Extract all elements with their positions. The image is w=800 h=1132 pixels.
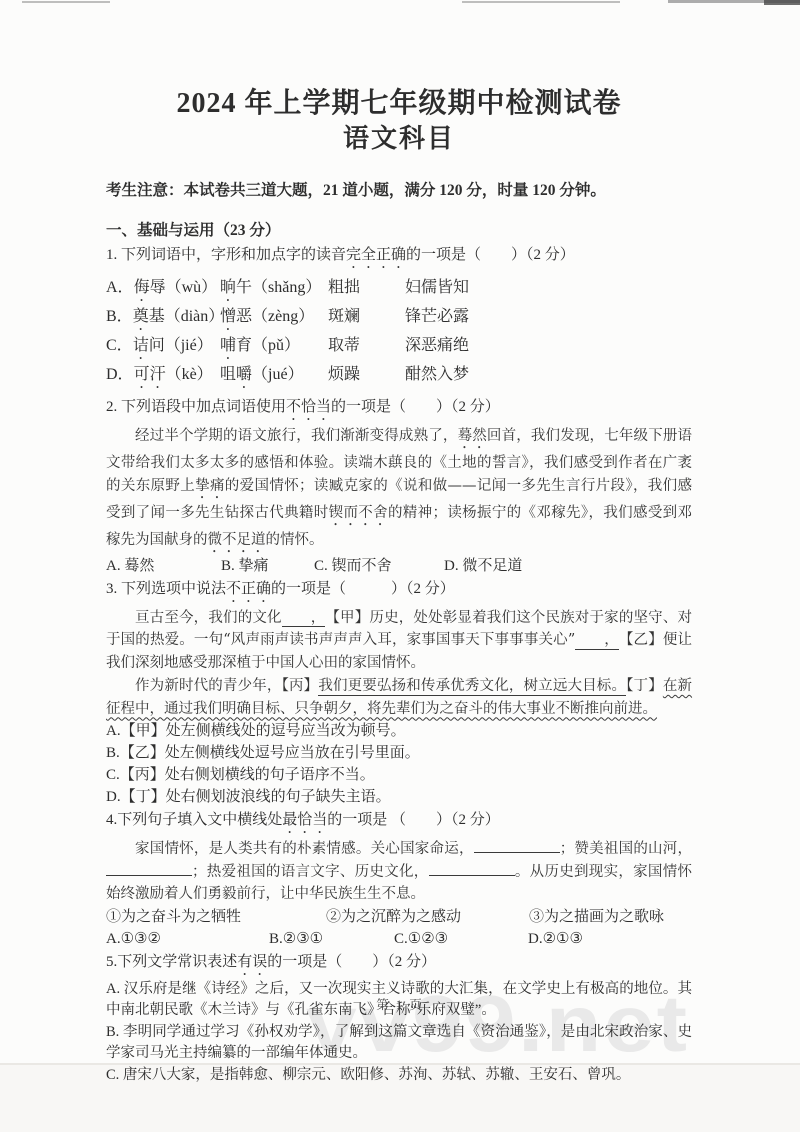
q3-option-d: D.【丁】处右侧划波浪线的句子缺失主语。 (106, 786, 692, 808)
q5-option-b: B. 李明同学通过学习《孙权劝学》，了解到这篇文章选自《资治通鉴》，是由北宋政治… (106, 1022, 692, 1065)
q1-word: 辱（wù） (150, 279, 218, 296)
q3-stem: 3. 下列选项中说法不正确的一项是（ ）（2 分） (106, 578, 692, 606)
q3-stem-pre: 3. 下列选项中说法 (106, 581, 226, 597)
q2-option-c: C. 锲而不舍 (314, 556, 444, 577)
q4-stem-emphasis: 最恰当 (282, 812, 327, 828)
q4-passage: 家国情怀，是人类共有的朴素情感。关心国家命运，；赞美祖国的山河，；热爱祖国的语言… (106, 838, 692, 906)
q2-stem: 2. 下列语段中加点词语使用不恰当的一项是（ ）（2 分） (106, 396, 692, 424)
q4-item-1: ①为之奋斗为之牺牲 (106, 907, 326, 928)
q1-word-dotted: 侮 (134, 279, 150, 296)
q4-stem: 4.下列句子填入文中横线处最恰当的一项是 （ ）（2 分） (106, 809, 692, 837)
section-heading: 一、基础与运用（23 分） (106, 220, 692, 241)
q5-stem-post: 的一项是（ ）（2 分） (267, 954, 436, 970)
q1-word: （jué） (252, 366, 304, 383)
q5-option-c: C. 唐宋八大家，是指韩愈、柳宗元、欧阳修、苏洵、苏轼、苏辙、王安石、曾巩。 (106, 1065, 692, 1087)
q5-stem-pre: 5.下列文学常识表述 (106, 954, 237, 970)
q3-stem-emphasis: 不正确 (226, 581, 271, 597)
q1-word-dotted: 晌 (220, 279, 236, 296)
q1-stem-pre: 1. 下列词语中，字形和加点字的读音 (106, 247, 346, 263)
q1-stem-post: 的一项是（ ）（2 分） (406, 247, 575, 263)
q2-passage-text: 的情怀。 (266, 532, 324, 548)
page-title: 2024 年上学期七年级期中检测试卷 (106, 86, 692, 122)
q3-option-b: B.【乙】处左侧横线处逗号应当放在引号里面。 (106, 742, 692, 764)
q2-option-d: D. 微不足道 (444, 558, 522, 574)
option-label: A． (106, 279, 134, 296)
q1-word: 酣然入梦 (405, 366, 469, 383)
q4-option-d: D.②①③ (528, 931, 583, 947)
q3-passage-text: 作为新时代的青少年， (135, 678, 282, 694)
exam-content: 2024 年上学期七年级期中检测试卷 语文科目 考生注意：本试卷共三道大题，21… (0, 0, 800, 1086)
q5-stem-emphasis: 有误 (237, 954, 267, 970)
q3-passage-2: 作为新时代的青少年，【丙】我们更要弘扬和传承优秀文化，树立远大目标。【丁】在新征… (106, 675, 692, 720)
q1-word: 咀 (220, 366, 236, 383)
q1-options: A．侮辱（wù）晌午（shǎng）粗拙妇儒皆知 B．奠基（diàn）憎恶（zèn… (106, 276, 692, 392)
q1-word: （kè） (166, 366, 213, 383)
q4-item-3: ③为之描画为之歌咏 (529, 909, 664, 925)
q1-option-row-b: B．奠基（diàn）憎恶（zèng）斑斓锋芒必露 (106, 305, 692, 334)
q4-items-row: ①为之奋斗为之牺牲②为之沉醉为之感动③为之描画为之歌咏 (106, 907, 692, 928)
q1-word-dotted: 可汗 (134, 366, 166, 383)
q4-passage-text: 家国情怀，是人类共有的朴素情感。关心国家命运， (135, 841, 474, 857)
q3-option-c: C.【丙】处右侧划横线的句子语序不当。 (106, 764, 692, 786)
q4-item-2: ②为之沉醉为之感动 (326, 907, 529, 928)
q1-option-row-c: C．诘问（jié）哺育（pǔ）取蒂深恶痛绝 (106, 334, 692, 363)
q1-word: 问（jié） (149, 337, 213, 354)
q4-option-b: B.②③① (269, 929, 394, 950)
q1-word: 午（shǎng） (236, 279, 321, 296)
q2-dotted-word: 微不足道 (208, 532, 266, 548)
q2-options-row: A. 蓦然B. 挚痛C. 锲而不舍D. 微不足道 (106, 556, 692, 577)
q2-dotted-word: 挚痛 (195, 478, 225, 494)
q2-option-a: A. 蓦然 (106, 556, 221, 577)
option-label: B． (106, 308, 133, 325)
q1-word: 恶（zèng） (236, 308, 314, 325)
q1-word-dotted: 奠 (133, 308, 149, 325)
q2-dotted-word: 蓦然 (458, 428, 487, 444)
q1-word-dotted: 憎 (220, 308, 236, 325)
q3-stem-post: 的一项是（ ）（2 分） (271, 581, 455, 597)
q1-word: 粗拙 (328, 276, 405, 301)
q1-word: 深恶痛绝 (405, 337, 469, 354)
q1-stem-emphasis: 完全正确 (346, 247, 406, 263)
blank-line (429, 862, 515, 876)
q2-dotted-word: 锲而不舍 (329, 505, 388, 521)
q1-word: 妇儒皆知 (405, 279, 469, 296)
q4-passage-text: ；热爱祖国的语言文字、历史文化， (192, 864, 429, 880)
candidate-notice: 考生注意：本试卷共三道大题，21 道小题，满分 120 分，时量 120 分钟。 (106, 180, 692, 201)
q1-word: 取蒂 (328, 334, 405, 359)
q4-stem-post: 的一项是 （ ）（2 分） (327, 812, 500, 828)
q3-option-a: A.【甲】处左侧横线处的逗号应当改为顿号。 (106, 720, 692, 742)
q3-bracket-bing: 【丙】 (282, 678, 319, 694)
q2-option-b: B. 挚痛 (221, 556, 314, 577)
q1-stem: 1. 下列词语中，字形和加点字的读音完全正确的一项是（ ）（2 分） (106, 244, 692, 272)
q2-stem-pre: 2. 下列语段中加点词语使用 (106, 399, 286, 415)
blank-line (106, 862, 192, 876)
q2-passage: 经过半个学期的语文旅行，我们渐渐变得成熟了，蓦然回首，我们发现，七年级下册语文带… (106, 425, 692, 556)
q1-word-dotted: 诘 (133, 337, 149, 354)
option-label: C． (106, 337, 133, 354)
q1-word: 育（pǔ） (236, 337, 300, 354)
q1-option-row-d: D．可汗（kè）咀嚼（jué）烦躁酣然入梦 (106, 363, 692, 392)
q4-option-a: A.①③② (106, 929, 269, 950)
q1-word: 基（diàn） (149, 308, 225, 325)
q3-passage-1: 亘古至今，我们的文化，【甲】历史，处处彰显着我们这个民族对于家的坚守、对于国的热… (106, 607, 692, 675)
q1-word: 烦躁 (328, 363, 405, 388)
q5-stem: 5.下列文学常识表述有误的一项是（ ）（2 分） (106, 951, 692, 979)
option-label: D． (106, 366, 134, 383)
q2-stem-emphasis: 不恰当 (286, 399, 331, 415)
q1-word-dotted: 哺 (220, 337, 236, 354)
subject-title: 语文科目 (106, 122, 692, 156)
q4-options-row: A.①③②B.②③①C.①②③D.②①③ (106, 929, 692, 950)
exam-page: vv99.net 2024 年上学期七年级期中检测试卷 语文科目 考生注意：本试… (0, 0, 800, 1132)
q2-stem-post: 的一项是（ ）（2 分） (331, 399, 500, 415)
page-number: 第 1 页 (0, 995, 800, 1013)
q1-word: 斑斓 (328, 305, 405, 330)
q4-option-c: C.①②③ (394, 929, 528, 950)
underlined-comma: ， (575, 633, 619, 650)
q4-stem-pre: 4.下列句子填入文中横线处 (106, 812, 282, 828)
q2-passage-text: 经过半个学期的语文旅行，我们渐渐变得成熟了， (135, 428, 458, 444)
blank-line (474, 839, 560, 853)
q4-passage-text: ；赞美祖国的山河， (560, 841, 692, 857)
q3-bracket-ding: 【丁】 (626, 678, 663, 694)
underlined-comma: ， (282, 611, 326, 628)
q1-word-dotted: 嚼 (236, 366, 252, 383)
q1-word: 锋芒必露 (405, 308, 469, 325)
q3-passage-text: 亘古至今，我们的文化 (135, 610, 282, 626)
q1-option-row-a: A．侮辱（wù）晌午（shǎng）粗拙妇儒皆知 (106, 276, 692, 305)
q3-underlined-sentence: 我们更要弘扬和传承优秀文化，树立远大目标。 (318, 678, 626, 696)
